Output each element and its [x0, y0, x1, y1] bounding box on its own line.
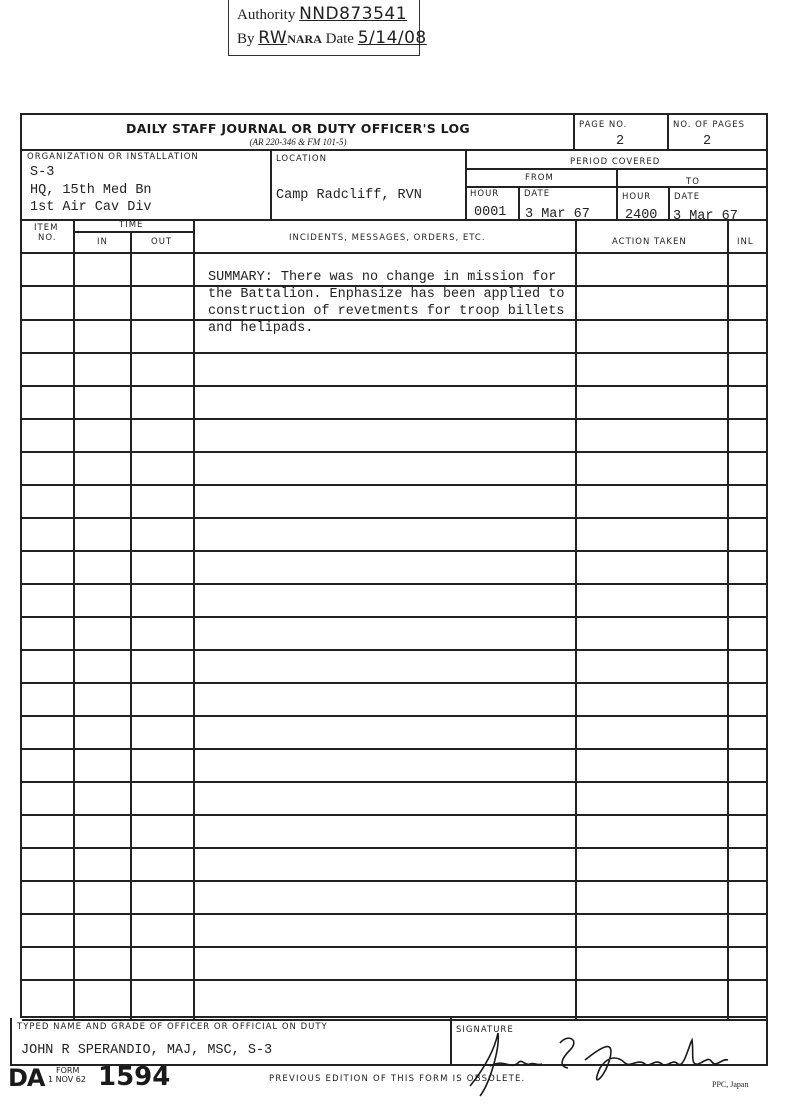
organization-line-2: HQ, 15th Med Bn — [30, 183, 152, 198]
page-no-label: PAGE NO. — [579, 120, 627, 130]
location-value: Camp Radcliff, RVN — [276, 188, 422, 203]
organization-line-3: 1st Air Cav Div — [30, 200, 152, 215]
entry-line-2: the Battalion. Enphasize has been applie… — [208, 287, 564, 302]
no-of-pages-label: NO. OF PAGES — [673, 120, 745, 130]
form-date: 1 NOV 62 — [48, 1075, 86, 1084]
from-hour-label: HOUR — [470, 189, 499, 199]
signature-image: John R Sperandio — [450, 1028, 750, 1098]
form-subtitle: (AR 220-346 & FM 101-5) — [22, 137, 574, 147]
agency-label: NARA — [287, 32, 322, 46]
entry-line-4: and helipads. — [208, 321, 313, 336]
incidents-header: INCIDENTS, MESSAGES, ORDERS, ETC. — [289, 233, 486, 243]
from-label: FROM — [525, 173, 554, 183]
form-prefix: DA — [8, 1064, 45, 1092]
organization-line-1: S-3 — [30, 165, 54, 180]
organization-label: ORGANIZATION OR INSTALLATION — [27, 152, 199, 162]
form-title: DAILY STAFF JOURNAL OR DUTY OFFICER'S LO… — [22, 121, 574, 136]
svg-text:John R Sperandio: John R Sperandio — [450, 1028, 458, 1029]
previous-edition-note: PREVIOUS EDITION OF THIS FORM IS OBSOLET… — [269, 1074, 525, 1084]
to-hour-value: 2400 — [625, 208, 657, 223]
time-header: TIME — [119, 220, 143, 230]
officer-label: TYPED NAME AND GRADE OF OFFICER OR OFFIC… — [17, 1022, 328, 1032]
by-initials: RW — [258, 28, 287, 48]
by-label: By — [237, 31, 255, 47]
date-value: 5/14/08 — [358, 28, 427, 48]
item-header-line1: ITEM — [34, 223, 58, 233]
officer-value: JOHN R SPERANDIO, MAJ, MSC, S-3 — [21, 1043, 272, 1058]
printer-mark: PPC, Japan — [712, 1080, 748, 1089]
page-no-value: 2 — [616, 134, 624, 149]
time-out-header: OUT — [151, 237, 172, 247]
location-label: LOCATION — [276, 154, 327, 164]
time-in-header: IN — [97, 237, 108, 247]
period-covered-label: PERIOD COVERED — [570, 157, 660, 167]
entry-line-3: construction of revetments for troop bil… — [208, 304, 564, 319]
to-date-label: DATE — [674, 192, 700, 202]
from-hour-value: 0001 — [474, 205, 506, 220]
declassification-stamp: Authority NND873541 By RWNARA Date 5/14/… — [228, 0, 420, 56]
authority-line: Authority NND873541 — [237, 4, 407, 24]
by-line: By RWNARA Date 5/14/08 — [237, 28, 427, 48]
inl-header: INL — [737, 237, 754, 247]
item-header-line2: NO. — [38, 233, 56, 243]
authority-value: NND873541 — [299, 4, 407, 24]
form-number: 1594 — [98, 1062, 170, 1092]
no-of-pages-value: 2 — [703, 134, 711, 149]
authority-label: Authority — [237, 7, 295, 23]
date-label: Date — [326, 31, 354, 47]
action-taken-header: ACTION TAKEN — [612, 237, 687, 247]
to-hour-label: HOUR — [622, 192, 651, 202]
journal-form: DAILY STAFF JOURNAL OR DUTY OFFICER'S LO… — [20, 113, 768, 1018]
from-date-label: DATE — [524, 189, 550, 199]
form-label-block: FORM 1 NOV 62 — [48, 1066, 86, 1084]
form-label: FORM — [48, 1066, 86, 1075]
